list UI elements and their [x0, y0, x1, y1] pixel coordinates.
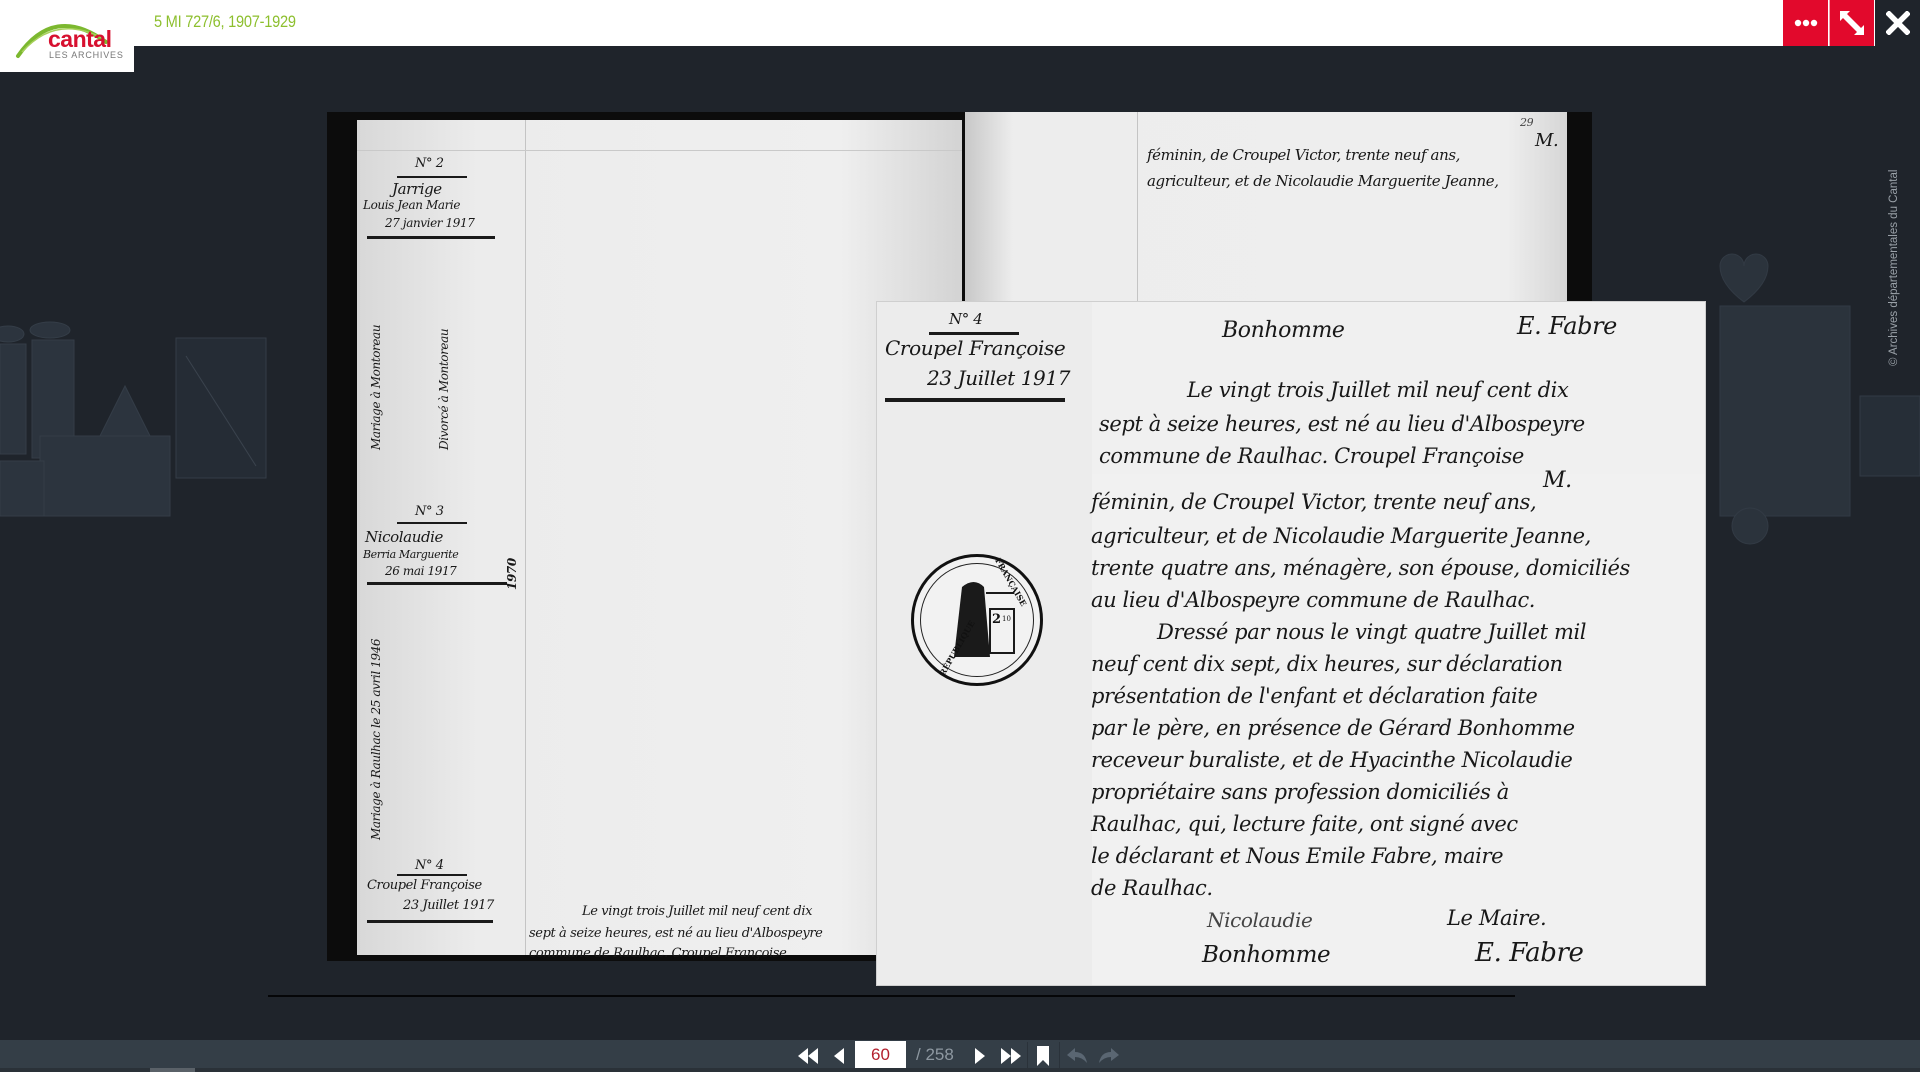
last-page-button[interactable] — [998, 1042, 1024, 1070]
entry-name: Croupel Françoise — [367, 878, 482, 893]
record-text-line: féminin, de Croupel Victor, trente neuf … — [1147, 146, 1460, 164]
record-text-line: Le vingt trois Juillet mil neuf cent dix — [1187, 378, 1568, 402]
mayor-signature: E. Fabre — [1475, 938, 1584, 968]
record-text-line: propriétaire sans profession domiciliés … — [1091, 780, 1509, 804]
page-total: / 258 — [916, 1045, 954, 1065]
thumbnail-strip[interactable] — [0, 1068, 1920, 1072]
record-text-line: présentation de l'enfant et déclaration … — [1091, 684, 1537, 708]
logo-word: cantal — [48, 26, 111, 53]
entry-number: N° 4 — [415, 858, 444, 873]
zoomed-detail-overlay[interactable]: N° 4 Croupel Françoise 23 Juillet 1917 B… — [877, 302, 1705, 985]
record-text-line: trente quatre ans, ménagère, son épouse,… — [1091, 556, 1630, 580]
close-button[interactable] — [1875, 0, 1920, 46]
entry-date: 23 Juillet 1917 — [403, 898, 494, 913]
ellipsis-icon — [1794, 19, 1818, 27]
entry-date: 26 mai 1917 — [385, 564, 456, 578]
underline — [397, 874, 467, 876]
record-text-line: commune de Raulhac. Croupel Françoise — [529, 946, 786, 961]
redo-arrow-icon — [1097, 1046, 1121, 1066]
toolbar-separator — [1027, 1042, 1028, 1070]
margin-note: Mariage à Raulhac le 25 avril 1946 — [369, 639, 383, 840]
cantal-archives-logo[interactable]: cantal LES ARCHIVES — [0, 0, 134, 72]
undo-arrow-icon — [1065, 1046, 1089, 1066]
svg-text:2: 2 — [992, 612, 1001, 627]
next-page-button[interactable] — [970, 1042, 990, 1070]
viewer-stage: © Archives départementales du Cantal N° … — [0, 46, 1920, 1040]
record-text-line: sept à seize heures, est né au lieu d'Al… — [1099, 412, 1585, 436]
record-text-line: sept à seize heures, est né au lieu d'Al… — [529, 926, 822, 941]
first-page-button[interactable] — [795, 1042, 821, 1070]
previous-page-button[interactable] — [829, 1042, 849, 1070]
witness-signature: Bonhomme — [1202, 942, 1330, 968]
page-mark: M. — [1543, 468, 1572, 493]
double-chevron-right-icon — [999, 1046, 1023, 1066]
thumbnail-scroll-handle[interactable] — [150, 1068, 195, 1072]
margin-note: Mariage à Montoreau — [369, 325, 383, 450]
ruled-line — [357, 150, 962, 151]
entry-number: N° 3 — [415, 504, 444, 519]
svg-text:10: 10 — [1002, 615, 1011, 623]
triangle-left-icon — [832, 1046, 846, 1066]
underline — [367, 920, 493, 923]
more-options-button[interactable] — [1783, 0, 1828, 46]
viewer-divider — [268, 995, 1515, 997]
bookmark-icon — [1036, 1045, 1050, 1067]
record-text-line: au lieu d'Albospeyre commune de Raulhac. — [1091, 588, 1535, 612]
entry-given-names: Louis Jean Marie — [363, 198, 460, 212]
logo-subtitle: LES ARCHIVES — [49, 50, 124, 60]
triangle-right-icon — [973, 1046, 987, 1066]
expand-diagonal-icon — [1838, 9, 1866, 37]
close-x-icon — [1886, 11, 1910, 35]
underline — [885, 398, 1065, 402]
underline — [367, 582, 507, 585]
record-text-line: neuf cent dix sept, dix heures, sur décl… — [1091, 652, 1563, 676]
header-signature: Bonhomme — [1222, 318, 1345, 343]
entry-date: 23 Juillet 1917 — [927, 366, 1070, 390]
revenue-stamp-seal: 2 10 RÉPUBLIQUE FRANÇAISE — [911, 554, 1043, 686]
record-text-line: de Raulhac. — [1091, 876, 1213, 900]
page-number-input[interactable] — [855, 1041, 906, 1069]
record-text-line: Dressé par nous le vingt quatre Juillet … — [1157, 620, 1586, 644]
record-text-line: commune de Raulhac. Croupel Françoise — [1099, 444, 1524, 468]
undo-button[interactable] — [1064, 1042, 1090, 1070]
document-title: 5 MI 727/6, 1907-1929 — [154, 12, 296, 32]
entry-number: N° 4 — [949, 310, 982, 328]
copyright-notice: © Archives départementales du Cantal — [1888, 170, 1900, 366]
page-mark: M. — [1535, 130, 1558, 151]
redo-button[interactable] — [1096, 1042, 1122, 1070]
entry-name: Croupel Françoise — [885, 336, 1065, 360]
record-text-line: le déclarant et Nous Emile Fabre, maire — [1091, 844, 1503, 868]
witness-signature: Nicolaudie — [1207, 908, 1312, 932]
underline — [397, 176, 467, 178]
underline — [929, 332, 1019, 335]
record-text-line: Raulhac, qui, lecture faite, ont signé a… — [1091, 812, 1518, 836]
background-decoration-left — [0, 286, 330, 546]
folio-number: 29 — [1520, 116, 1533, 129]
record-text-line: agriculteur, et de Nicolaudie Marguerite… — [1091, 524, 1591, 548]
margin-note: 1970 — [505, 558, 519, 590]
margin-rule — [525, 120, 526, 955]
fullscreen-button[interactable] — [1829, 0, 1874, 46]
toolbar-separator — [1059, 1042, 1060, 1070]
double-chevron-left-icon — [796, 1046, 820, 1066]
entry-given-names: Berria Marguerite — [363, 548, 458, 561]
record-text-line: féminin, de Croupel Victor, trente neuf … — [1091, 490, 1536, 514]
entry-date: 27 janvier 1917 — [385, 216, 475, 230]
header-signature-right: E. Fabre — [1517, 312, 1617, 340]
record-text-line: receveur buraliste, et de Hyacinthe Nico… — [1091, 748, 1572, 772]
bookmark-button[interactable] — [1033, 1042, 1053, 1070]
register-left-page: N° 2 Jarrige Louis Jean Marie 27 janvier… — [357, 120, 962, 955]
justice-figure-icon: 2 10 — [914, 557, 1040, 683]
entry-name: Jarrige — [392, 180, 442, 198]
mayor-title: Le Maire. — [1447, 906, 1546, 930]
underline — [367, 236, 495, 239]
document-scan[interactable]: N° 2 Jarrige Louis Jean Marie 27 janvier… — [327, 112, 1592, 961]
entry-name: Nicolaudie — [365, 528, 443, 546]
record-text-line: agriculteur, et de Nicolaudie Marguerite… — [1147, 172, 1499, 190]
entry-number: N° 2 — [415, 156, 444, 171]
underline — [397, 522, 467, 524]
record-text-line: Le vingt trois Juillet mil neuf cent dix — [582, 904, 812, 919]
margin-note: Divorcé à Montoreau — [437, 329, 451, 450]
record-text-line: par le père, en présence de Gérard Bonho… — [1091, 716, 1575, 740]
